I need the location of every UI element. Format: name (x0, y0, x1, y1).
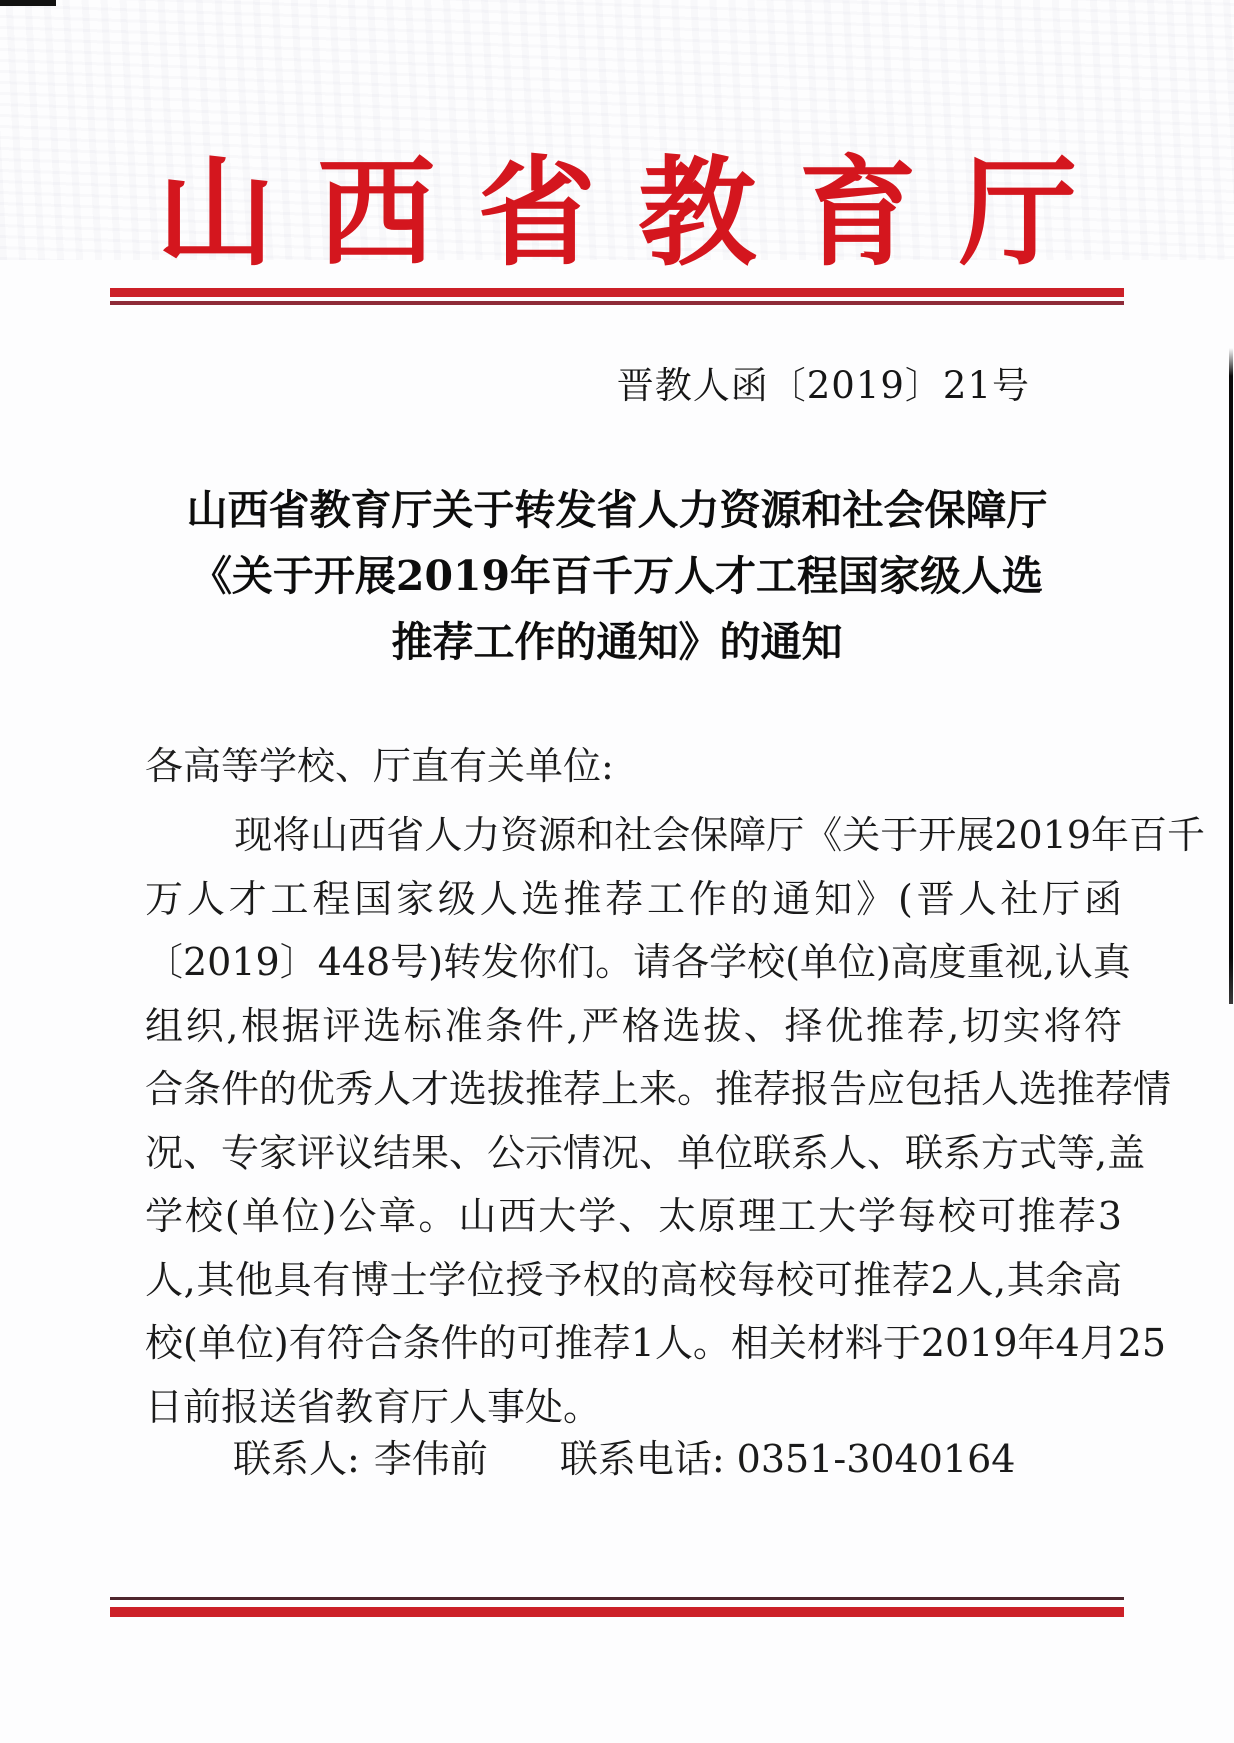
body-line: 校(单位)有符合条件的可推荐1人。相关材料于2019年4月25 (145, 1312, 1122, 1376)
document-page: 山西省教育厅 晋教人函〔2019〕21号 山西省教育厅关于转发省人力资源和社会保… (0, 0, 1234, 1743)
footer-rule-thin (110, 1597, 1124, 1600)
body-line: 况、专家评议结果、公示情况、单位联系人、联系方式等,盖 (145, 1122, 1122, 1186)
document-title-line-1: 山西省教育厅关于转发省人力资源和社会保障厅 (0, 477, 1234, 543)
body-line: 〔2019〕448号)转发你们。请各学校(单位)高度重视,认真 (145, 931, 1122, 995)
contact-info-line: 联系人:李伟前联系电话:0351-3040164 (233, 1428, 1015, 1483)
contact-person-label: 联系人: (233, 1437, 360, 1481)
salutation-line: 各高等学校、厅直有关单位: (145, 735, 614, 790)
document-title: 山西省教育厅关于转发省人力资源和社会保障厅 《关于开展2019年百千万人才工程国… (0, 477, 1234, 675)
header-rule-thin (110, 301, 1124, 305)
scan-artifact-edge-bar (1229, 348, 1233, 1004)
body-line: 学校(单位)公章。山西大学、太原理工大学每校可推荐3 (145, 1185, 1122, 1249)
body-paragraph: 现将山西省人力资源和社会保障厅《关于开展2019年百千 万人才工程国家级人选推荐… (145, 804, 1122, 1439)
footer-rule-thick (110, 1607, 1124, 1617)
scan-artifact-corner (0, 0, 56, 6)
body-line: 万人才工程国家级人选推荐工作的通知》(晋人社厅函 (145, 868, 1122, 932)
agency-letterhead-title: 山西省教育厅 (0, 150, 1234, 275)
body-line: 合条件的优秀人才选拔推荐上来。推荐报告应包括人选推荐情 (145, 1058, 1122, 1122)
contact-person-name: 李伟前 (374, 1437, 488, 1481)
document-title-line-2: 《关于开展2019年百千万人才工程国家级人选 (0, 543, 1234, 609)
document-title-line-3: 推荐工作的通知》的通知 (0, 609, 1234, 675)
contact-phone-number: 0351-3040164 (737, 1437, 1016, 1481)
body-line: 组织,根据评选标准条件,严格选拔、择优推荐,切实将符 (145, 995, 1122, 1059)
contact-phone-label: 联系电话: (560, 1437, 725, 1481)
header-rule-thick (110, 288, 1124, 297)
body-line: 现将山西省人力资源和社会保障厅《关于开展2019年百千 (145, 804, 1122, 868)
body-line: 人,其他具有博士学位授予权的高校每校可推荐2人,其余高 (145, 1249, 1122, 1313)
document-reference-number: 晋教人函〔2019〕21号 (617, 355, 1030, 409)
